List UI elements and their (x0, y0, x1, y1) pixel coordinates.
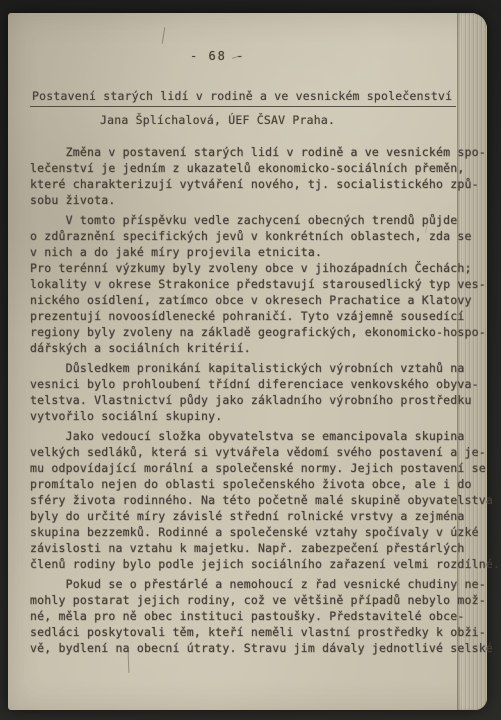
body-text: Změna v postavení starých lidí v rodině … (30, 144, 466, 656)
text-line: regiony byly zvoleny na základě geografi… (30, 324, 466, 340)
text-line: Jako vedoucí složka obyvatelstva se eman… (30, 428, 466, 444)
text-line: členů rodiny bylo podle jejich sociálníh… (30, 556, 466, 572)
scanned-page: - 68 - Postavení starých lidí v rodině a… (8, 13, 487, 710)
text-line: velkých sedláků, která si vytvářela vědo… (30, 444, 466, 460)
text-line: Pokud se o přestárlé a nemohoucí z řad v… (30, 576, 466, 592)
article-title: Postavení starých lidí v rodině a ve ves… (30, 89, 456, 107)
text-line: v nich a do jaké míry projevila etnicita… (30, 244, 466, 260)
text-line: Pro terénní výzkumy byly zvoleny obce v … (30, 260, 466, 276)
text-line: byly do určité míry závislé střední roln… (30, 508, 466, 524)
text-line: Změna v postavení starých lidí v rodině … (30, 144, 466, 160)
text-line: dářských a sociálních kritérií. (30, 340, 466, 356)
text-line: lokality v okrese Strakonice představují… (30, 276, 466, 292)
text-line: které charakterizují vytváření nového, t… (30, 176, 466, 192)
text-line: prezentují novoosídlenecké pohraničí. Ty… (30, 308, 466, 324)
text-line: né, měla pro ně obec instituci pastoušky… (30, 608, 466, 624)
text-line: o zdůraznění specifických jevů v konkrét… (30, 228, 466, 244)
text-line: Důsledkem pronikání kapitalistických výr… (30, 360, 466, 376)
text-line: sobu života. (30, 192, 466, 208)
text-line: mu odpovídající morální a společenské no… (30, 460, 466, 476)
text-line: sféry života rodinného. Na této početně … (30, 492, 466, 508)
text-line: vesnici bylo prohloubení třídní diferenc… (30, 376, 466, 392)
page-content: - 68 - Postavení starých lidí v rodině a… (30, 13, 466, 710)
text-line: lečenství je jedním z ukazatelů ekonomic… (30, 160, 466, 176)
text-line: vytvořilo sociální skupiny. (30, 408, 466, 424)
text-line: vě, bydlení na obecní útraty. Stravu jim… (30, 640, 466, 656)
text-line: V tomto příspěvku vedle zachycení obecný… (30, 212, 466, 228)
text-line: telstva. Vlastnictví půdy jako základníh… (30, 392, 466, 408)
text-line: skupina bezzemků. Rodinné a společenské … (30, 524, 466, 540)
paragraph: Změna v postavení starých lidí v rodině … (30, 144, 466, 208)
paragraph: Pokud se o přestárlé a nemohoucí z řad v… (30, 576, 466, 656)
paragraph: Jako vedoucí složka obyvatelstva se eman… (30, 428, 466, 572)
text-line: mohly postarat jejich rodiny, což ve vět… (30, 592, 466, 608)
author-byline: Jana Šplíchalová, ÚEF ČSAV Praha. (100, 113, 335, 127)
paragraph: V tomto příspěvku vedle zachycení obecný… (30, 212, 466, 356)
page-number: - 68 - (190, 49, 245, 63)
text-line: sedláci poskytovali těm, kteří neměli vl… (30, 624, 466, 640)
text-line: závislosti na vztahu k majetku. Např. za… (30, 540, 466, 556)
text-line: promítalo nejen do oblasti společenského… (30, 476, 466, 492)
paragraph: Důsledkem pronikání kapitalistických výr… (30, 360, 466, 424)
text-line: nického osídlení, zatímco obce v okresec… (30, 292, 466, 308)
